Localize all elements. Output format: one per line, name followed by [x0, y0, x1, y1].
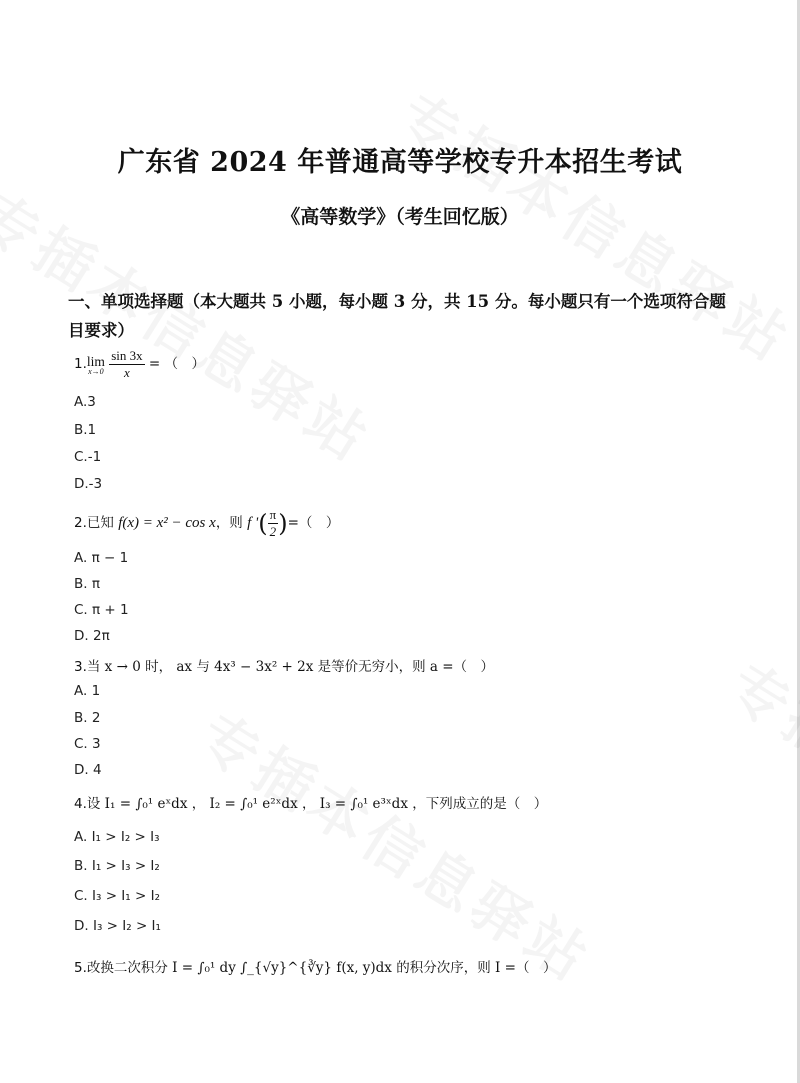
- option: A. 1: [74, 683, 100, 699]
- exam-subtitle: 《高等数学》（考生回忆版）: [0, 202, 800, 229]
- section-heading: 一、单项选择题（本大题共 5 小题，每小题 3 分，共 15 分。每小题只有一个…: [68, 287, 733, 345]
- option: D.-3: [74, 476, 102, 492]
- limit-operator: limx→0: [87, 354, 105, 376]
- exam-title: 广东省 2024 年普通高等学校专升本招生考试: [0, 140, 800, 179]
- option: A.3: [74, 394, 96, 410]
- option: D. I₃ > I₂ > I₁: [74, 918, 161, 934]
- option: B. 2: [74, 710, 100, 726]
- option: D. 2π: [74, 628, 110, 644]
- option: C. I₃ > I₁ > I₂: [74, 888, 160, 904]
- option: D. 4: [74, 762, 102, 778]
- watermark: 专插本信息驿站: [185, 690, 609, 999]
- question-5: 5.改换二次积分 I = ∫₀¹ dy ∫_{√y}^{∛y} f(x, y)d…: [74, 956, 556, 976]
- option: A. I₁ > I₂ > I₃: [74, 829, 160, 845]
- option: A. π − 1: [74, 550, 128, 566]
- question-1: 1.limx→0 sin 3xx = （ ）: [74, 348, 205, 381]
- option: B.1: [74, 422, 96, 438]
- option: C. 3: [74, 736, 101, 752]
- option: B. π: [74, 576, 100, 592]
- option: B. I₁ > I₃ > I₂: [74, 858, 160, 874]
- option: C.-1: [74, 449, 101, 465]
- option: C. π + 1: [74, 602, 129, 618]
- fraction: sin 3xx: [109, 348, 144, 381]
- question-4: 4.设 I₁ = ∫₀¹ eˣdx ， I₂ = ∫₀¹ e²ˣdx ， I₃ …: [74, 792, 547, 812]
- question-3: 3.当 x → 0 时， ax 与 4x³ − 3x² + 2x 是等价无穷小，…: [74, 655, 494, 675]
- watermark: 专插本信息驿站: [715, 640, 800, 949]
- question-2: 2.已知 f(x) = x² − cos x，则 f '(π2)=（ ）: [74, 507, 339, 540]
